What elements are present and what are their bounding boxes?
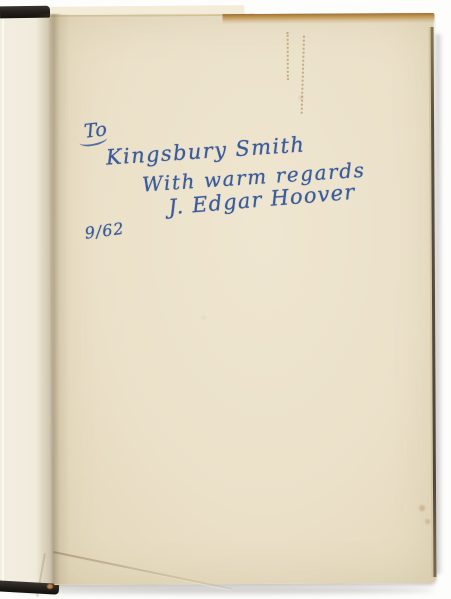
endpaper-edge-highlight [2, 13, 4, 586]
signed-endpaper-page: To Kingsbury Smith With warm regards J. … [51, 13, 437, 585]
spine-top-edge [0, 6, 50, 19]
book-photo: To Kingsbury Smith With warm regards J. … [0, 0, 451, 599]
worn-corner-dot [47, 584, 53, 589]
inscription-date: 9/62 [84, 219, 126, 243]
salutation-flourish [78, 132, 108, 148]
book-right-shadow [436, 34, 443, 574]
handwritten-inscription: To Kingsbury Smith With warm regards J. … [51, 15, 437, 585]
